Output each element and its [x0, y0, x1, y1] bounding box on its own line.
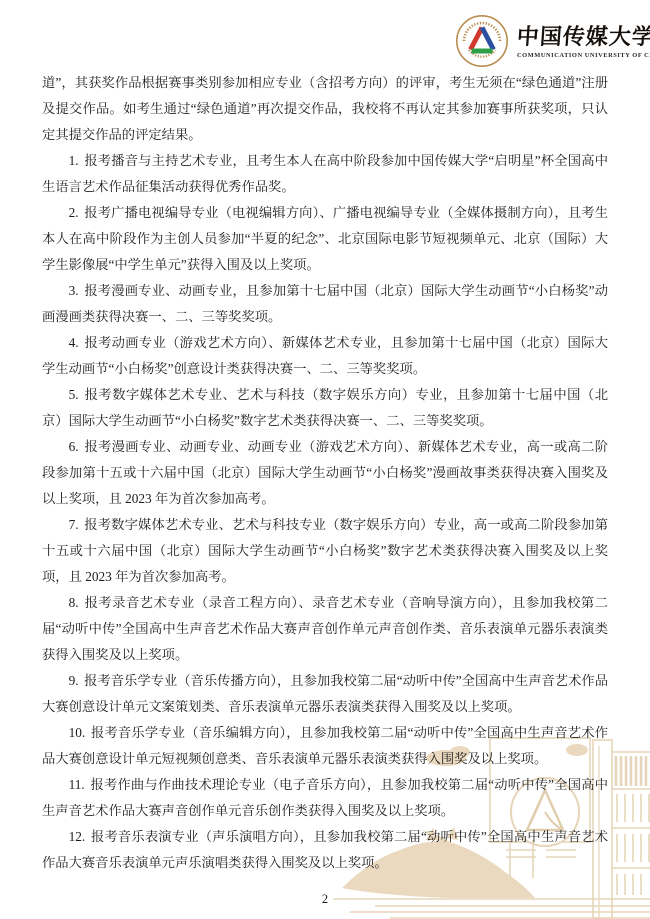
item-number: 10. [69, 725, 86, 740]
list-item-7: 7.报考数字媒体艺术专业、艺术与科技专业（数字娱乐方向）专业，高一或高二阶段参加… [42, 512, 608, 590]
list-item-1: 1.报考播音与主持艺术专业，且考生本人在高中阶段参加中国传媒大学“启明星”杯全国… [42, 148, 608, 200]
university-name-zh: 中国传媒大学 [516, 20, 646, 51]
list-item-8: 8.报考录音艺术专业（录音工程方向）、录音艺术专业（音响导演方向），且参加我校第… [42, 590, 608, 668]
item-text: 报考录音艺术专业（录音工程方向）、录音艺术专业（音响导演方向），且参加我校第二届… [42, 595, 608, 662]
page-footer: 2 [0, 890, 650, 908]
item-number: 8. [69, 595, 79, 610]
item-text: 报考播音与主持艺术专业，且考生本人在高中阶段参加中国传媒大学“启明星”杯全国高中… [42, 153, 608, 194]
list-item-2: 2.报考广播电视编导专业（电视编辑方向）、广播电视编导专业（全媒体摄制方向），且… [42, 200, 608, 278]
item-number: 1. [69, 153, 79, 168]
university-logo: 中国传媒大学 COMMUNICATION UNIVERSITY OF CHINA [455, 14, 645, 68]
paragraph-continuation: 道”，其获奖作品根据赛事类别参加相应专业（含招考方向）的评审，考生无须在“绿色通… [42, 70, 608, 148]
list-item-12: 12.报考音乐表演专业（声乐演唱方向），且参加我校第二届“动听中传”全国高中生声… [42, 824, 608, 876]
item-number: 7. [69, 517, 79, 532]
item-text: 报考数字媒体艺术专业、艺术与科技（数字娱乐方向）专业，且参加第十七届中国（北京）… [42, 387, 608, 428]
item-text: 报考漫画专业、动画专业、动画专业（游戏艺术方向）、新媒体艺术专业，高一或高二阶段… [42, 439, 608, 506]
item-text: 报考音乐学专业（音乐编辑方向），且参加我校第二届“动听中传”全国高中生声音艺术作… [42, 725, 608, 766]
item-number: 5. [69, 387, 79, 402]
item-number: 3. [69, 283, 79, 298]
item-number: 4. [69, 335, 79, 350]
item-number: 2. [69, 205, 79, 220]
cuc-emblem-icon [455, 14, 509, 68]
item-text: 报考音乐表演专业（声乐演唱方向），且参加我校第二届“动听中传”全国高中生声音艺术… [42, 829, 608, 870]
list-item-10: 10.报考音乐学专业（音乐编辑方向），且参加我校第二届“动听中传”全国高中生声音… [42, 720, 608, 772]
list-item-4: 4.报考动画专业（游戏艺术方向）、新媒体艺术专业，且参加第十七届中国（北京）国际… [42, 330, 608, 382]
item-text: 报考音乐学专业（音乐传播方向），且参加我校第二届“动听中传”全国高中生声音艺术作… [42, 673, 608, 714]
list-item-11: 11.报考作曲与作曲技术理论专业（电子音乐方向），且参加我校第二届“动听中传”全… [42, 772, 608, 824]
item-text: 报考广播电视编导专业（电视编辑方向）、广播电视编导专业（全媒体摄制方向），且考生… [42, 205, 608, 272]
page-number: 2 [322, 892, 328, 906]
item-number: 11. [69, 777, 85, 792]
item-text: 报考漫画专业、动画专业，且参加第十七届中国（北京）国际大学生动画节“小白杨奖”动… [42, 283, 608, 324]
list-item-5: 5.报考数字媒体艺术专业、艺术与科技（数字娱乐方向）专业，且参加第十七届中国（北… [42, 382, 608, 434]
item-number: 6. [69, 439, 79, 454]
list-item-9: 9.报考音乐学专业（音乐传播方向），且参加我校第二届“动听中传”全国高中生声音艺… [42, 668, 608, 720]
item-text: 报考作曲与作曲技术理论专业（电子音乐方向），且参加我校第二届“动听中传”全国高中… [42, 777, 608, 818]
university-name-en: COMMUNICATION UNIVERSITY OF CHINA [517, 52, 650, 59]
document-page: 中国传媒大学 COMMUNICATION UNIVERSITY OF CHINA [0, 0, 650, 919]
document-body: 道”，其获奖作品根据赛事类别参加相应专业（含招考方向）的评审，考生无须在“绿色通… [42, 70, 608, 876]
item-text: 报考动画专业（游戏艺术方向）、新媒体艺术专业，且参加第十七届中国（北京）国际大学… [42, 335, 608, 376]
item-number: 9. [69, 673, 79, 688]
list-item-6: 6.报考漫画专业、动画专业、动画专业（游戏艺术方向）、新媒体艺术专业，高一或高二… [42, 434, 608, 512]
item-text: 报考数字媒体艺术专业、艺术与科技专业（数字娱乐方向）专业，高一或高二阶段参加第十… [42, 517, 608, 584]
item-number: 12. [69, 829, 86, 844]
list-item-3: 3.报考漫画专业、动画专业，且参加第十七届中国（北京）国际大学生动画节“小白杨奖… [42, 278, 608, 330]
